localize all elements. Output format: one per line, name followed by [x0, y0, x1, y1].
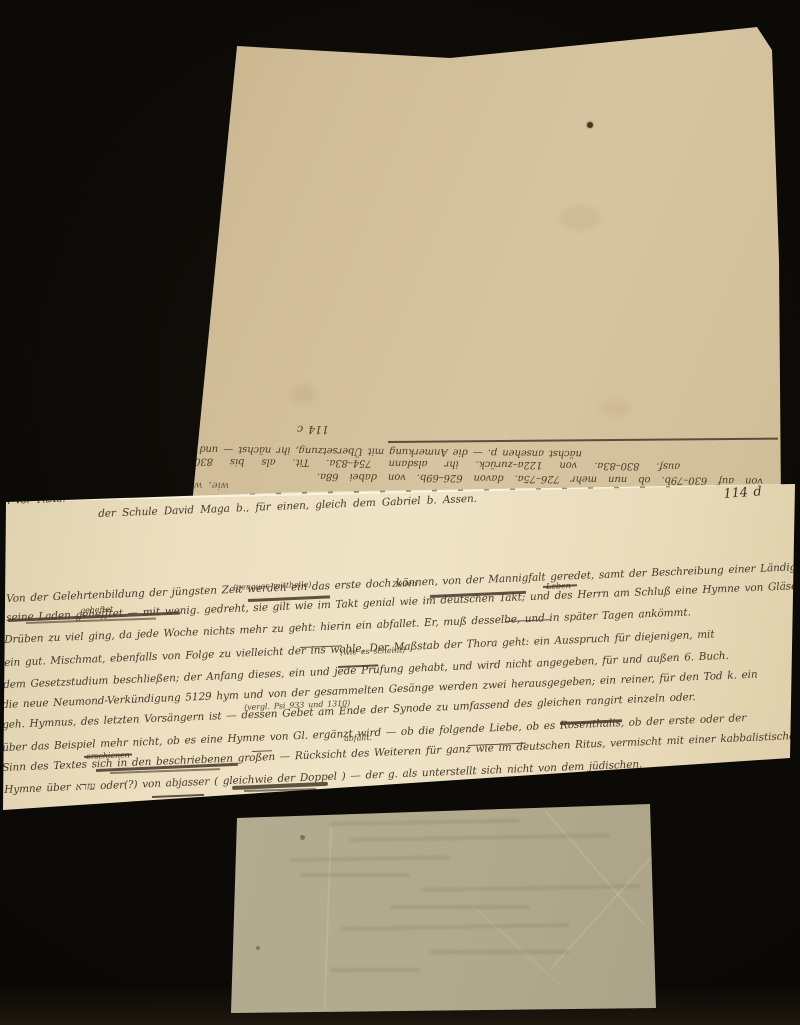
- photo-stage: 2. nächst ansehen p. — die Anmerkung mit…: [0, 0, 800, 1025]
- fold-crease: [324, 828, 332, 1010]
- bleedthrough-marks: [340, 923, 570, 931]
- foliation-number-114c: 114 c: [292, 424, 334, 435]
- handwritten-line-upside-down: von auf 630–79b. ob nun mehr 726–75a. da…: [300, 470, 780, 485]
- handwritten-line: a-ram, saadra,: [44, 479, 118, 491]
- fold-crease: [545, 811, 645, 925]
- foliation-number-114d: 114 d: [723, 485, 762, 501]
- underline-mark: [152, 794, 204, 798]
- bleedthrough-marks: [330, 819, 520, 826]
- foxing-stain: [290, 385, 316, 403]
- fold-crease: [470, 904, 560, 985]
- bleedthrough-marks: [290, 855, 450, 862]
- bleedthrough-marks: [430, 950, 570, 954]
- handwritten-line: h vor TitXa.: [4, 495, 66, 507]
- paper-stain: [256, 946, 260, 950]
- ink-spot: [587, 122, 593, 128]
- bleedthrough-marks: [420, 884, 640, 892]
- foxing-stain: [600, 400, 630, 416]
- foxing-stain: [560, 205, 600, 231]
- underline-rule: [388, 438, 778, 443]
- handwritten-line-upside-down: wie, weiters, — davor, p.: [62, 478, 262, 491]
- bleedthrough-marks: [390, 905, 530, 909]
- pencil-mark: 2.: [394, 47, 404, 58]
- paper-stain: [300, 835, 305, 840]
- bleedthrough-marks: [330, 968, 420, 972]
- scribble-cancellation: [244, 788, 316, 792]
- bleedthrough-marks: [300, 873, 410, 877]
